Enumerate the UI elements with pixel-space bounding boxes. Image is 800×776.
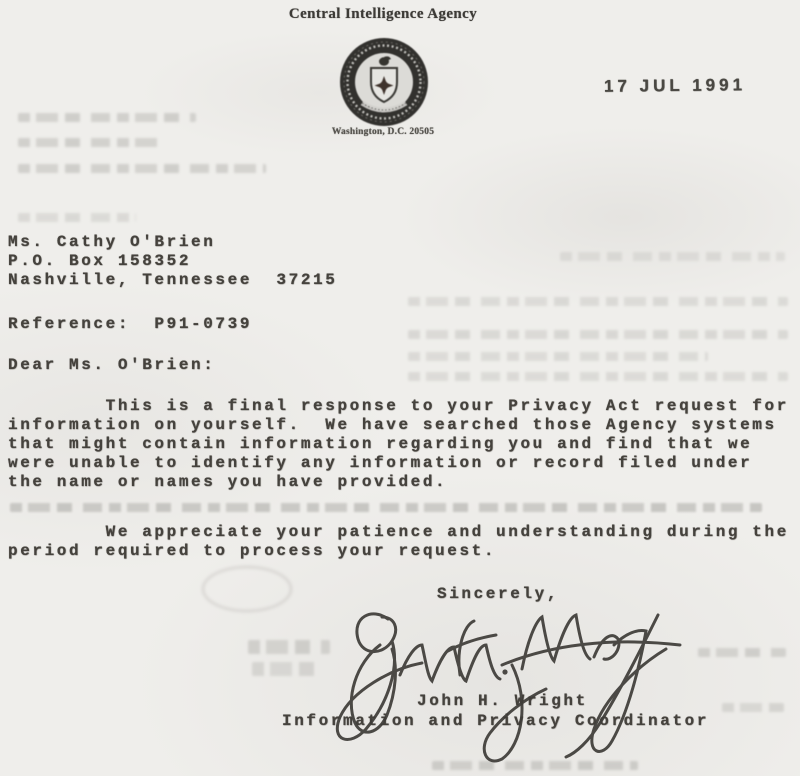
bleedthrough-line: [18, 164, 266, 173]
bleedthrough-line: [408, 297, 788, 306]
cia-seal-icon: [338, 36, 430, 128]
closing-sign-off: Sincerely,: [437, 585, 559, 604]
bleedthrough-line: [18, 213, 136, 222]
bleedthrough-line: [408, 372, 788, 381]
recipient-po-box: P.O. Box 158352: [8, 252, 337, 271]
body-paragraph-1: This is a final response to your Privacy…: [8, 397, 789, 492]
agency-name: Central Intelligence Agency: [0, 6, 783, 23]
bleedthrough-line: [10, 503, 762, 512]
recipient-name: Ms. Cathy O'Brien: [8, 233, 337, 252]
bleedthrough-line: [18, 138, 160, 147]
reference-line: Reference: P91-0739: [8, 315, 252, 334]
scanned-letter-page: Central Intelligence Agency 17 JUL 1991 …: [0, 0, 800, 776]
recipient-city-state-zip: Nashville, Tennessee 37215: [8, 271, 337, 290]
recipient-address-block: Ms. Cathy O'Brien P.O. Box 158352 Nashvi…: [8, 233, 337, 290]
signature-handwriting: [250, 605, 690, 775]
bleedthrough-line: [698, 648, 786, 657]
bleedthrough-line: [18, 113, 196, 122]
date-stamp: 17 JUL 1991: [604, 75, 746, 96]
bleedthrough-line: [408, 352, 708, 361]
bleedthrough-line: [560, 252, 785, 261]
salutation: Dear Ms. O'Brien:: [8, 356, 215, 375]
bleedthrough-line: [722, 703, 784, 712]
body-paragraph-2: We appreciate your patience and understa…: [8, 523, 789, 561]
bleedthrough-line: [408, 330, 788, 339]
office-address: Washington, D.C. 20505: [0, 127, 783, 137]
